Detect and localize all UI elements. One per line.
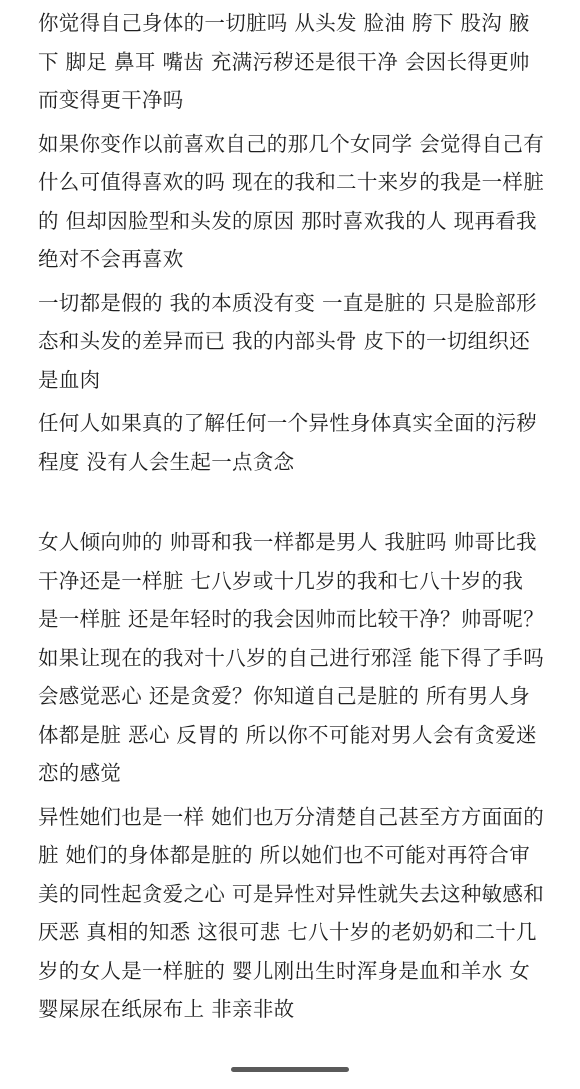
paragraph-2: 如果你变作以前喜欢自己的那几个女同学 会觉得自己有什么可值得喜欢的吗 现在的我和… [38,125,544,279]
document-body: 你觉得自己身体的一切脏吗 从头发 脸油 胯下 股沟 腋下 脚足 鼻耳 嘴齿 充满… [38,4,544,1029]
paragraph-6: 异性她们也是一样 她们也万分清楚自己甚至方方面面的脏 她们的身体都是脏的 所以她… [38,798,544,1029]
paragraph-1: 你觉得自己身体的一切脏吗 从头发 脸油 胯下 股沟 腋下 脚足 鼻耳 嘴齿 充满… [38,4,544,120]
paragraph-3: 一切都是假的 我的本质没有变 一直是脏的 只是脸部形态和头发的差异而已 我的内部… [38,284,544,400]
home-indicator-bar[interactable] [231,1067,349,1072]
paragraph-4: 任何人如果真的了解任何一个异性身体真实全面的污秽程度 没有人会生起一点贪念 [38,404,544,481]
paragraph-5: 女人倾向帅的 帅哥和我一样都是男人 我脏吗 帅哥比我干净还是一样脏 七八岁或十几… [38,523,544,793]
